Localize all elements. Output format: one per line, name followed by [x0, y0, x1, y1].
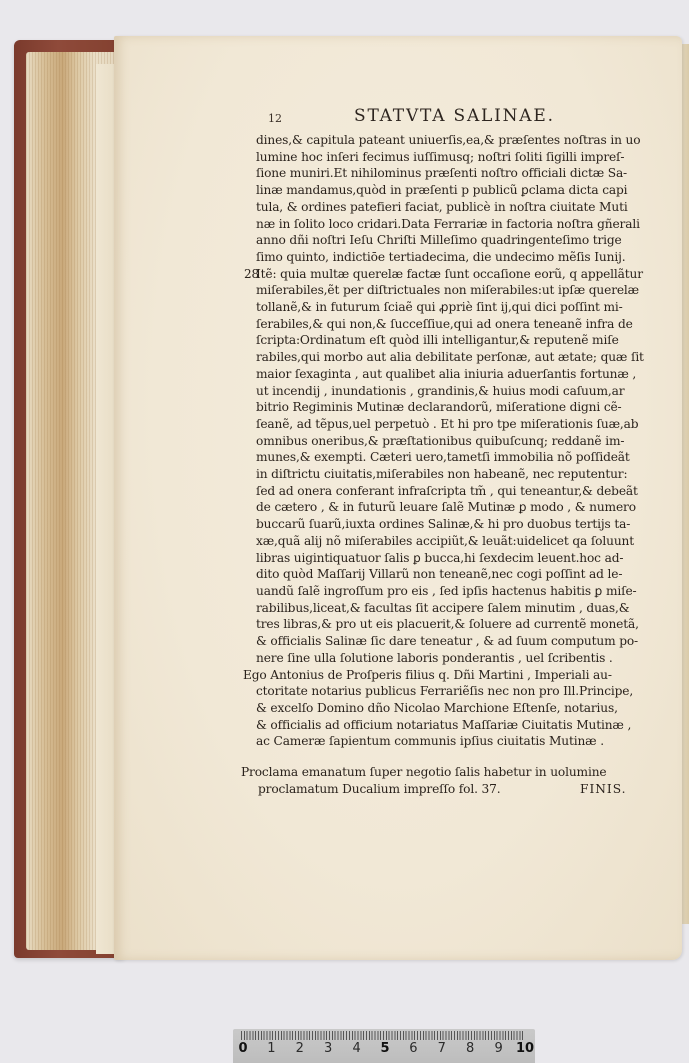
- text-line: & officialis ad officium notariatus Maſſ…: [256, 717, 648, 734]
- text-line: dito quòd Maſſarij Villarũ non teneanẽ,n…: [256, 566, 648, 583]
- running-head: STATVTA SALINAE.: [354, 106, 555, 126]
- text-line: tula, & ordines patefieri faciat, public…: [256, 199, 648, 216]
- scale-ruler: 0 1 2 3 4 5 6 7 8 9 10: [233, 1029, 535, 1063]
- text-line: ſeanẽ, ad tẽpus,uel perpetuò . Et hi pro…: [256, 416, 648, 433]
- ruler-label: 9: [494, 1041, 502, 1056]
- margin-number: 28: [244, 266, 259, 283]
- text-line: ac Cameræ ſapientum communis ipſius ciui…: [256, 733, 648, 750]
- proclama-note: Proclama emanatum ſuper negotio ſalis ha…: [256, 764, 648, 797]
- ruler-label: 0: [238, 1041, 247, 1056]
- ruler-label: 2: [296, 1041, 304, 1056]
- text-line: tres libras,& pro ut eis placuerit,& ſol…: [256, 616, 648, 633]
- text-line-content: proclamatum Ducalium impreſſo fol. 37.: [258, 782, 500, 796]
- text-line: bitrio Regiminis Mutinæ declarandorũ, mi…: [256, 399, 648, 416]
- text-line: ſcripta:Ordinatum eſt quòd illi intellig…: [256, 332, 648, 349]
- text-line: anno dñi noſtri Ieſu Chriſti Milleſimo q…: [256, 232, 648, 249]
- ruler-label: 3: [324, 1041, 332, 1056]
- text-line: xæ,quã alij nõ miſerabiles accipiũt,& le…: [256, 533, 648, 550]
- book-scan: 12 STATVTA SALINAE. dines,& capitula pat…: [0, 0, 689, 1063]
- ruler-label: 10: [516, 1041, 534, 1056]
- text-line: dines,& capitula pateant uniuerſis,ea,& …: [256, 132, 648, 149]
- decree-paragraph: dines,& capitula pateant uniuerſis,ea,& …: [256, 132, 648, 266]
- ruler-label: 6: [409, 1041, 417, 1056]
- ruler-labels: 0 1 2 3 4 5 6 7 8 9 10: [233, 1041, 535, 1061]
- text-line: ut incendij , inundationis , grandinis,&…: [256, 383, 648, 400]
- ruler-label: 1: [267, 1041, 275, 1056]
- ruler-label: 4: [352, 1041, 360, 1056]
- text-line: næ in ſolito loco cridari.Data Ferrariæ …: [256, 216, 648, 233]
- text-line: munes,& exempti. Cæteri uero,tametſi imm…: [256, 449, 648, 466]
- text-line: linæ mandamus,quòd in præſenti p publicũ…: [256, 182, 648, 199]
- text-line: ſione muniri.Et nihilominus præſenti noſ…: [256, 165, 648, 182]
- text-block: 12 STATVTA SALINAE. dines,& capitula pat…: [256, 106, 648, 797]
- text-line: maior ſexaginta , aut qualibet alia iniu…: [256, 366, 648, 383]
- text-line: ſerabiles,& qui non,& ſucceſſiue,qui ad …: [256, 316, 648, 333]
- page-header: 12 STATVTA SALINAE.: [256, 106, 648, 128]
- ruler-label: 5: [380, 1041, 389, 1056]
- text-line: nere ſine ulla ſolutione laboris pondera…: [256, 650, 648, 667]
- text-line: de cætero , & in futurũ leuare ſalẽ Muti…: [256, 499, 648, 516]
- ruler-ticks: [241, 1031, 525, 1040]
- text-line: 28 Itẽ: quia multæ querelæ factæ ſunt oc…: [256, 266, 648, 283]
- text-line: libras uigintiquatuor ſalis ꝑ bucca,hi ſ…: [256, 550, 648, 567]
- text-line: tollanẽ,& in futurum ſciaẽ qui ꝓpriè ſin…: [256, 299, 648, 316]
- text-line-content: Itẽ: quia multæ querelæ factæ ſunt occaſ…: [256, 267, 643, 281]
- text-line: lumine hoc inſeri fecimus iuſſimusq; noſ…: [256, 149, 648, 166]
- text-line: proclamatum Ducalium impreſſo fol. 37. F…: [258, 781, 648, 798]
- text-line: in diſtrictu ciuitatis,miſerabiles non h…: [256, 466, 648, 483]
- text-line: ctoritate notarius publicus Ferrariẽſis …: [256, 683, 648, 700]
- text-line: Proclama emanatum ſuper negotio ſalis ha…: [241, 764, 648, 781]
- text-line: buccarũ ſuarũ,iuxta ordines Salinæ,& hi …: [256, 516, 648, 533]
- text-line: ſed ad onera conferant infraſcripta tm̃ …: [256, 483, 648, 500]
- finis-mark: FINIS.: [580, 781, 627, 798]
- ruler-label: 8: [466, 1041, 474, 1056]
- ruler-label: 7: [438, 1041, 446, 1056]
- notary-paragraph: Ego Antonius de Proſperis filius q. Dñi …: [256, 667, 648, 751]
- text-line: Ego Antonius de Proſperis filius q. Dñi …: [243, 667, 648, 684]
- text-line: rabiles,qui morbo aut alia debilitate pe…: [256, 349, 648, 366]
- item-28-paragraph: 28 Itẽ: quia multæ querelæ factæ ſunt oc…: [256, 266, 648, 667]
- text-line: rabilibus,liceat,& facultas ſit accipere…: [256, 600, 648, 617]
- text-line: uandũ ſalẽ ingroſſum pro eis , ſed ipſis…: [256, 583, 648, 600]
- text-line: & excelſo Domino dño Nicolao Marchione E…: [256, 700, 648, 717]
- text-line: miſerabiles,ẽt per diſtrictuales non miſ…: [256, 282, 648, 299]
- text-line: omnibus oneribus,& præſtationibus quibuſ…: [256, 433, 648, 450]
- text-line: ſimo quinto, indictiōe tertiadecima, die…: [256, 249, 648, 266]
- text-line: & officialis Salinæ ſic dare teneatur , …: [256, 633, 648, 650]
- folio-number: 12: [268, 112, 282, 125]
